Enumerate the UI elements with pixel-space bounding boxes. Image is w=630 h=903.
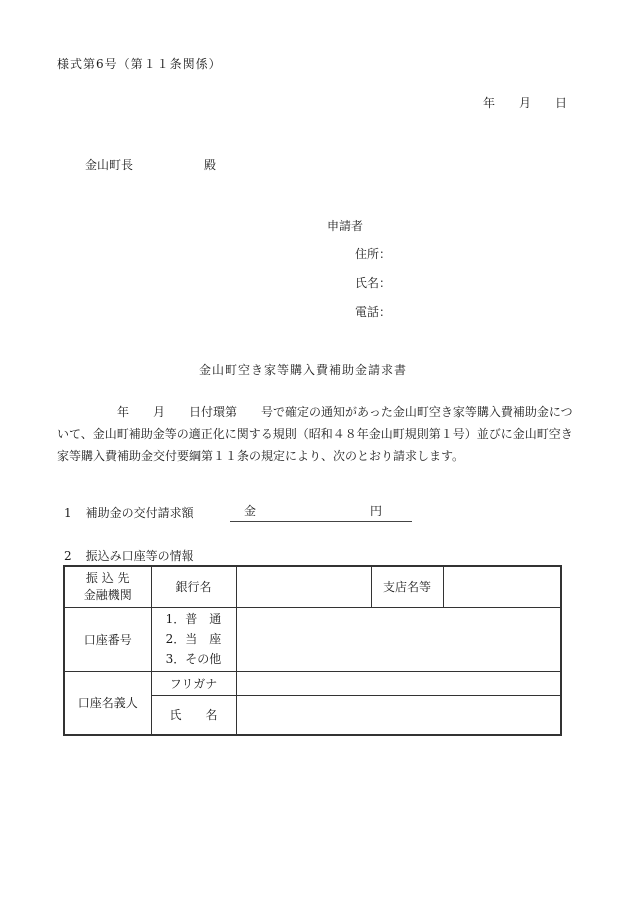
holder-name-label: 氏 名 bbox=[151, 695, 236, 735]
applicant-phone-label: 電話： bbox=[355, 298, 391, 327]
account-number-label: 口座番号 bbox=[64, 607, 151, 671]
account-type-option-touza[interactable]: 2．当 座 bbox=[152, 629, 236, 649]
section-1-number: 1 bbox=[64, 506, 72, 520]
body-line-3: 家等購入費補助金交付要綱第１１条の規定により、次のとおり請求します。 bbox=[57, 445, 579, 467]
bank-name-input-cell[interactable] bbox=[236, 566, 371, 607]
form-number: 様式第6号（第１１条関係） bbox=[57, 55, 222, 72]
furigana-label: フリガナ bbox=[151, 671, 236, 695]
section-1-label: 補助金の交付請求額 bbox=[86, 506, 194, 520]
applicant-address-label: 住所： bbox=[355, 240, 391, 269]
account-type-option-sonota[interactable]: 3．その他 bbox=[152, 649, 236, 669]
account-holder-label: 口座名義人 bbox=[64, 671, 151, 735]
section-1-heading: 1補助金の交付請求額 bbox=[64, 504, 194, 521]
holder-name-input-cell[interactable] bbox=[236, 695, 561, 735]
furigana-input-cell[interactable] bbox=[236, 671, 561, 695]
transfer-destination-label-line1: 振 込 先 bbox=[65, 570, 151, 587]
branch-name-input-cell[interactable] bbox=[443, 566, 561, 607]
amount-field[interactable]: 金 円 bbox=[230, 502, 412, 522]
amount-currency-prefix: 金 bbox=[244, 502, 256, 521]
body-line-2: いて、金山町補助金等の適正化に関する規則（昭和４８年金山町規則第１号）並びに金山… bbox=[57, 423, 579, 445]
applicant-name-label: 氏名： bbox=[355, 269, 391, 298]
account-number-input-cell[interactable] bbox=[236, 607, 561, 671]
date-line: 年 月 日 bbox=[483, 94, 567, 111]
document-title: 金山町空き家等購入費補助金請求書 bbox=[0, 361, 606, 378]
amount-currency-suffix: 円 bbox=[370, 502, 382, 521]
addressee-name: 金山町長 bbox=[85, 156, 133, 173]
bank-account-table: 振 込 先 金融機関 銀行名 支店名等 口座番号 1．普 通 2．当 座 3．そ… bbox=[63, 565, 562, 736]
section-2-number: 2 bbox=[64, 549, 72, 563]
branch-name-label: 支店名等 bbox=[371, 566, 443, 607]
body-line-1: 年 月 日付環第 号で確定の通知があった金山町空き家等購入費補助金につ bbox=[57, 401, 579, 423]
addressee-honorific: 殿 bbox=[204, 156, 216, 173]
document-page: 様式第6号（第１１条関係） 年 月 日 金山町長 殿 申請者 住所： 氏名： 電… bbox=[0, 0, 630, 903]
transfer-destination-label-cell: 振 込 先 金融機関 bbox=[64, 566, 151, 607]
section-2-label: 振込み口座等の情報 bbox=[86, 549, 194, 563]
applicant-label: 申請者 bbox=[327, 217, 363, 234]
body-paragraph: 年 月 日付環第 号で確定の通知があった金山町空き家等購入費補助金につ いて、金… bbox=[57, 401, 579, 467]
bank-name-label: 銀行名 bbox=[151, 566, 236, 607]
section-2-heading: 2振込み口座等の情報 bbox=[64, 547, 194, 564]
addressee: 金山町長 殿 bbox=[85, 156, 216, 173]
transfer-destination-label-line2: 金融機関 bbox=[65, 587, 151, 604]
account-type-options-cell: 1．普 通 2．当 座 3．その他 bbox=[151, 607, 236, 671]
account-type-option-futsu[interactable]: 1．普 通 bbox=[152, 609, 236, 629]
applicant-fields: 住所： 氏名： 電話： bbox=[355, 240, 391, 327]
